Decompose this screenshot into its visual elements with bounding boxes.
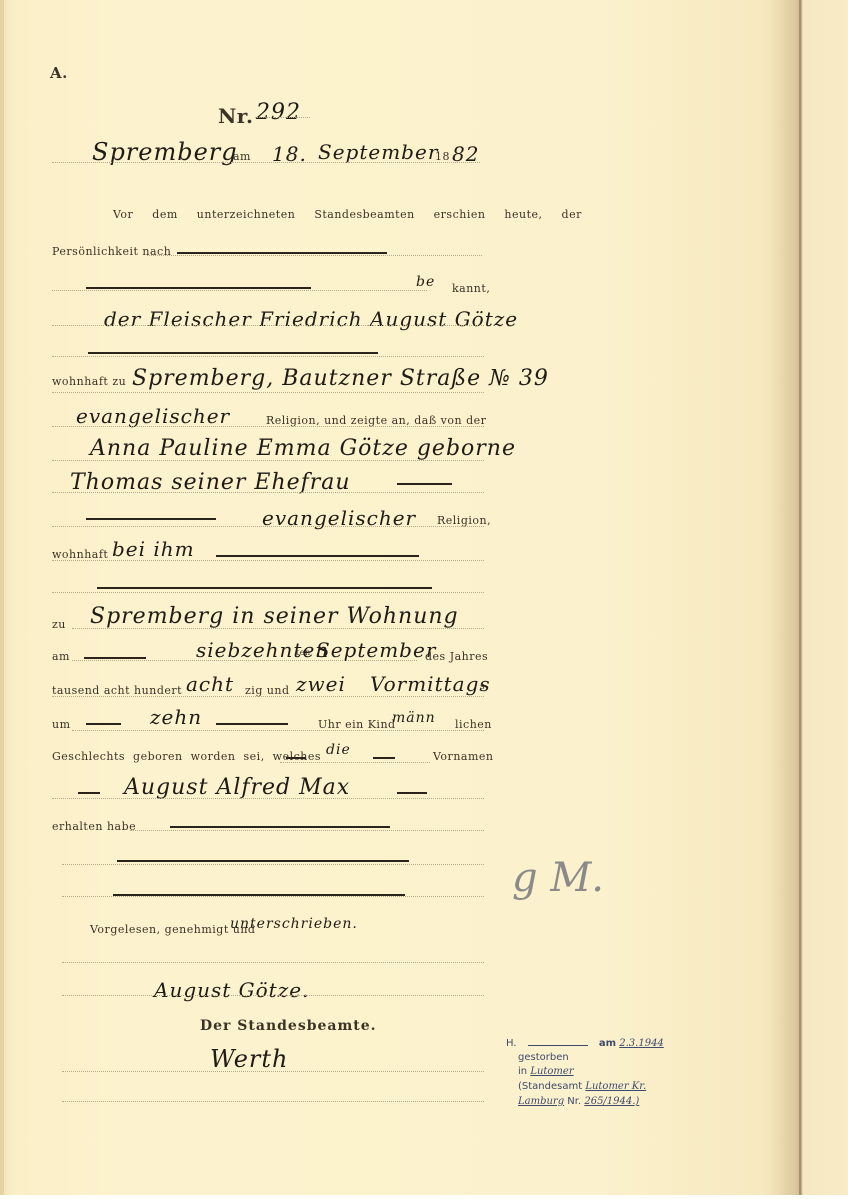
strike-line: [286, 757, 306, 759]
strike-line: [97, 587, 432, 589]
dotted-line: [62, 1101, 484, 1102]
dotted-line: [52, 325, 484, 326]
dotted-line: [280, 762, 430, 763]
stamp-am-label: am: [599, 1038, 616, 1049]
strike-line: [117, 860, 409, 862]
dotted-line: [52, 560, 484, 561]
birth-place: Spremberg in seiner Wohnung: [90, 604, 459, 629]
dotted-line: [62, 1071, 484, 1072]
strike-line: [177, 252, 387, 254]
strike-line: [170, 826, 390, 828]
strike-line: [86, 287, 311, 289]
birth-hour: zehn: [150, 705, 202, 729]
dotted-line: [72, 628, 484, 629]
death-notation-stamp: H. am 2.3.1944 gestorben in Lutomer (Sta…: [506, 1038, 716, 1124]
mother-residence: bei ihm: [112, 537, 195, 561]
strike-line: [78, 792, 100, 794]
stamp-prefix: H.: [506, 1038, 517, 1049]
dotted-line: [52, 162, 480, 163]
death-date: 2.3.1944: [619, 1038, 664, 1049]
dotted-line: [52, 356, 484, 357]
dotted-line: [147, 255, 482, 256]
strike-line: [86, 723, 121, 725]
time-of-day: Vormittags: [370, 672, 491, 696]
um-label: um: [52, 718, 71, 731]
mother-name: Anna Pauline Emma Götze geborne: [90, 436, 516, 461]
record-number: 292: [256, 100, 301, 125]
strike-line: [373, 757, 395, 759]
dotted-line: [52, 426, 484, 427]
page-fold-shadow: [770, 0, 800, 1195]
official-signature: Werth: [210, 1045, 289, 1073]
form-letter: A.: [50, 64, 68, 82]
bekannt-print: kannt,: [452, 282, 490, 295]
informant-signature: August Götze.: [154, 978, 309, 1002]
dotted-line: [72, 660, 417, 661]
dotted-line: [52, 592, 484, 593]
birth-month: September: [316, 638, 436, 662]
sex: männ: [392, 710, 436, 726]
dotted-line: [72, 730, 484, 731]
dotted-line: [62, 962, 484, 963]
unterschrieben-hand: unterschrieben.: [230, 916, 358, 932]
dotted-line: [52, 392, 484, 393]
birth-year-units: zwei: [296, 672, 346, 696]
dotted-line: [52, 492, 484, 493]
child-names: August Alfred Max: [124, 775, 350, 800]
standesamt-value2: Lamburg: [518, 1096, 564, 1107]
strike-line: [84, 657, 146, 659]
strike-line: [216, 555, 419, 557]
dotted-line: [52, 526, 484, 527]
strike-line: [397, 792, 427, 794]
ten-label: ten: [296, 648, 311, 657]
register-page: [0, 0, 848, 1195]
dotted-line: [52, 460, 484, 461]
bekannt-hand: be: [416, 274, 435, 290]
stamp-standesamt-label: (Standesamt: [518, 1081, 582, 1092]
stamp-nr-label: Nr.: [567, 1096, 581, 1107]
informant-religion: evangelischer: [76, 404, 230, 428]
wohnhaft-label: wohnhaft zu: [52, 375, 126, 388]
stamp-blank: [528, 1045, 588, 1046]
strike-line: [397, 483, 452, 485]
s-suffix: s: [480, 682, 485, 692]
stamp-gestorben: gestorben: [518, 1052, 569, 1063]
vornamen-label: Vornamen: [433, 750, 493, 763]
article: die: [326, 742, 351, 758]
dotted-line: [52, 290, 427, 291]
zu-label: zu: [52, 618, 66, 631]
dotted-line: [52, 798, 484, 799]
strike-line: [88, 352, 378, 354]
official-title: Der Standesbeamte.: [200, 1018, 377, 1034]
persoenlichkeit-label: Persönlichkeit nach: [52, 245, 171, 258]
informant-name: der Fleischer Friedrich August Götze: [104, 307, 518, 331]
death-place: Lutomer: [530, 1066, 630, 1077]
registry-month: September: [318, 140, 438, 164]
stamp-in-label: in: [518, 1066, 527, 1077]
am2-label: am: [52, 650, 70, 663]
informant-address: Spremberg, Bautzner Straße № 39: [132, 366, 549, 391]
intro-text: Vor dem unterzeichneten Standesbeamten e…: [113, 208, 582, 221]
dotted-line: [130, 830, 484, 831]
des-jahres: des Jahres: [425, 650, 488, 663]
dotted-line: [62, 995, 484, 996]
number-label: Nr.: [218, 104, 253, 128]
strike-line: [86, 518, 216, 520]
strike-line: [216, 723, 288, 725]
stamp-nr-value: 265/1944.): [584, 1096, 639, 1107]
erhalten-label: erhalten habe: [52, 820, 136, 833]
dotted-line: [52, 696, 484, 697]
dotted-line: [255, 117, 310, 118]
dotted-line: [62, 864, 484, 865]
dotted-line: [62, 896, 484, 897]
standesamt-value: Lutomer Kr.: [585, 1081, 646, 1092]
pencil-note: g M.: [512, 855, 604, 901]
page-fold: [799, 0, 801, 1195]
birth-year-tens: acht: [186, 672, 234, 696]
